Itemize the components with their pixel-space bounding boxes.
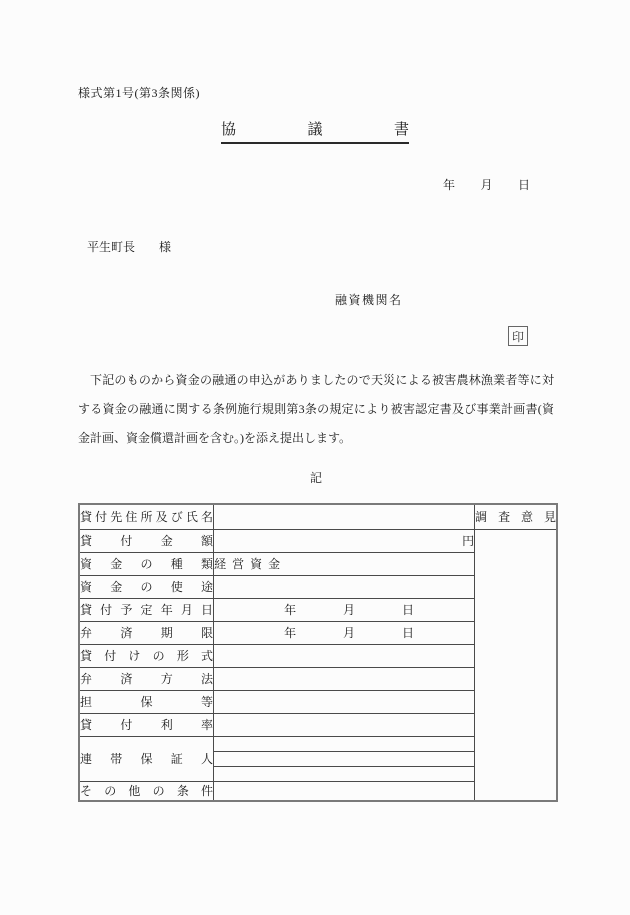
addressee: 平生町長 様 bbox=[87, 238, 171, 255]
loan-amount-label-cell: 貸付金額 bbox=[79, 529, 214, 552]
collateral-label-cell: 担保等 bbox=[79, 690, 214, 713]
loan-details-table: 貸付先住所及び氏名 調査意見 貸付金額 円 資金の種類 経営資金 bbox=[78, 503, 558, 802]
collateral-value-cell bbox=[214, 690, 475, 713]
row-label: その他の条件 bbox=[80, 782, 213, 799]
row-label: 資金の使途 bbox=[80, 578, 213, 595]
other-conditions-label-cell: その他の条件 bbox=[79, 781, 214, 801]
opinion-header: 調査意見 bbox=[475, 508, 556, 525]
form-number: 様式第1号(第3条関係) bbox=[78, 84, 200, 101]
date-month-label: 月 bbox=[343, 624, 355, 641]
date-year-label: 年 bbox=[443, 176, 455, 193]
row-label: 担保等 bbox=[80, 693, 213, 710]
date-day-label: 日 bbox=[518, 176, 530, 193]
fund-use-value-cell bbox=[214, 575, 475, 598]
repayment-deadline-label-cell: 弁済期限 bbox=[79, 621, 214, 644]
guarantor-label-cell: 連帯保証人 bbox=[79, 736, 214, 781]
guarantor-value-cell-2 bbox=[214, 751, 475, 766]
guarantor-value-cell-1 bbox=[214, 736, 475, 751]
other-conditions-value-cell bbox=[214, 781, 475, 801]
planned-date-value-cell: 年 月 日 bbox=[214, 598, 475, 621]
date-day-label: 日 bbox=[402, 624, 414, 641]
borrower-value-cell bbox=[214, 504, 475, 529]
row-label: 貸付利率 bbox=[80, 716, 213, 733]
loan-form-value-cell bbox=[214, 644, 475, 667]
interest-rate-label-cell: 貸付利率 bbox=[79, 713, 214, 736]
loan-form-label-cell: 貸付けの形式 bbox=[79, 644, 214, 667]
row-label: 弁済方法 bbox=[80, 670, 213, 687]
opinion-header-cell: 調査意見 bbox=[475, 504, 557, 529]
date-value: 年 月 日 bbox=[284, 601, 414, 618]
row-label: 貸付けの形式 bbox=[80, 647, 213, 664]
row-label: 連帯保証人 bbox=[80, 750, 213, 767]
row-label: 資金の種類 bbox=[80, 555, 213, 572]
date-month-label: 月 bbox=[343, 601, 355, 618]
fund-use-label-cell: 資金の使途 bbox=[79, 575, 214, 598]
table-row-loan-amount: 貸付金額 円 bbox=[79, 529, 557, 552]
document-page: 様式第1号(第3条関係) 協議書 年 月 日 平生町長 様 融資機関名 印 下記… bbox=[0, 0, 630, 915]
opinion-body-cell bbox=[475, 529, 557, 801]
document-title: 協議書 bbox=[221, 118, 409, 144]
repayment-deadline-value-cell: 年 月 日 bbox=[214, 621, 475, 644]
row-label: 弁済期限 bbox=[80, 624, 213, 641]
seal-mark: 印 bbox=[508, 326, 528, 346]
loan-amount-value-cell: 円 bbox=[214, 529, 475, 552]
borrower-label-cell: 貸付先住所及び氏名 bbox=[79, 504, 214, 529]
date-year-label: 年 bbox=[284, 624, 296, 641]
interest-rate-value-cell bbox=[214, 713, 475, 736]
repayment-method-label-cell: 弁済方法 bbox=[79, 667, 214, 690]
row-label: 貸付予定年月日 bbox=[80, 601, 213, 618]
date-month-label: 月 bbox=[480, 176, 492, 193]
date-line: 年 月 日 bbox=[443, 176, 530, 193]
date-year-label: 年 bbox=[284, 601, 296, 618]
row-label: 貸付先住所及び氏名 bbox=[80, 508, 213, 525]
fund-type-label-cell: 資金の種類 bbox=[79, 552, 214, 575]
lender-name-label: 融資機関名 bbox=[335, 291, 403, 308]
planned-date-label-cell: 貸付予定年月日 bbox=[79, 598, 214, 621]
body-paragraph: 下記のものから資金の融通の申込がありましたので天災による被害農林漁業者等に対する… bbox=[78, 366, 554, 453]
table-row-borrower: 貸付先住所及び氏名 調査意見 bbox=[79, 504, 557, 529]
guarantor-value-cell-3 bbox=[214, 766, 475, 781]
section-marker: 記 bbox=[78, 469, 554, 486]
fund-type-value-cell: 経営資金 bbox=[214, 552, 475, 575]
row-label: 貸付金額 bbox=[80, 532, 213, 549]
date-value: 年 月 日 bbox=[284, 624, 414, 641]
date-day-label: 日 bbox=[402, 601, 414, 618]
repayment-method-value-cell bbox=[214, 667, 475, 690]
